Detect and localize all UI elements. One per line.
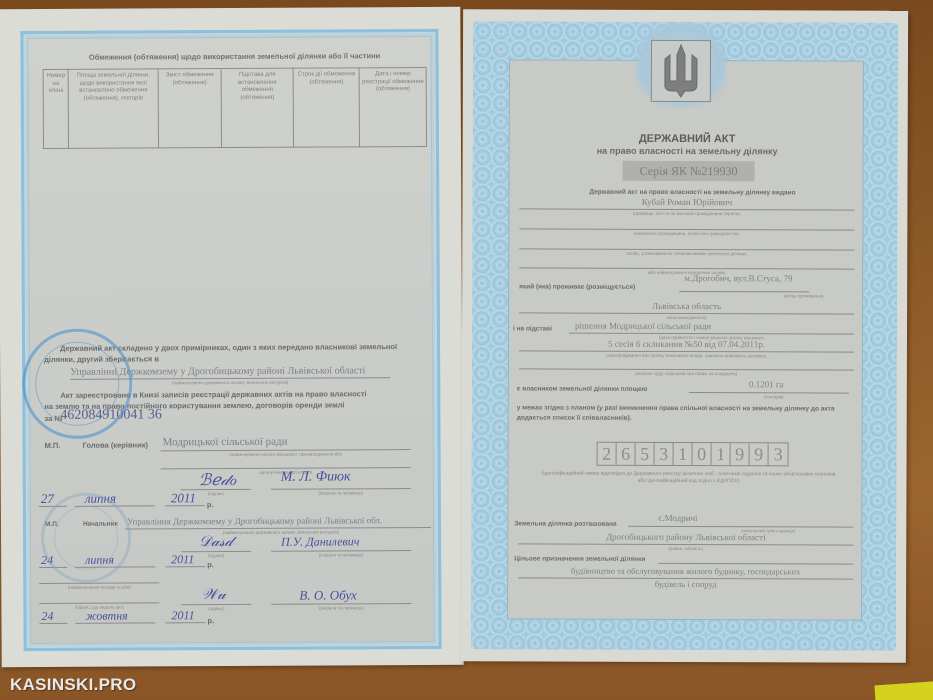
owner-address: м.Дрогобич, вул.В.Стуса, 79: [684, 273, 792, 283]
foreign-caption: іноземного громадянина, особи без громад…: [519, 230, 854, 236]
column-header: Площа земельної ділянки, щодо використан…: [68, 69, 158, 148]
date1-day: 27: [41, 491, 54, 507]
serial-number: Серія ЯК №219930: [623, 161, 755, 181]
purpose-label: Цільове призначення земельної ділянки: [514, 555, 645, 562]
front-page-body: ДЕРЖАВНИЙ АКТ на право власності на земе…: [507, 59, 864, 620]
name-caption: (ініціали та прізвище): [271, 490, 411, 496]
tax-id-boxes: 2653101993: [597, 442, 789, 467]
tax-id-caption: (ідентифікаційний номер відповідно до Де…: [538, 470, 838, 485]
tax-id-digit: 9: [750, 443, 769, 465]
tax-id-digit: 5: [636, 443, 655, 465]
table-header-row: Номер на плані Площа земельної ділянки, …: [43, 67, 426, 148]
owner-region: Львівська область: [509, 300, 864, 311]
trident-emblem-icon: [651, 40, 711, 102]
basis-caption-2: самоврядування або органу виконавчої вла…: [519, 352, 854, 358]
location-label: Земельна ділянка розташована: [514, 520, 616, 527]
plot-area: 0.1201 га: [749, 379, 784, 389]
restrictions-title: Обмеження (обтяження) щодо використання …: [55, 51, 415, 62]
issuer-signatory-name: В. О. Обух: [299, 587, 357, 603]
chief-signature: 𝒟𝒶𝓈𝒹: [199, 533, 232, 551]
restrictions-table: Номер на плані Площа земельної ділянки, …: [43, 67, 427, 149]
address-caption: (місце проживання,: [759, 293, 849, 298]
chief-organization: Управління Держкомзему у Дрогобицькому р…: [127, 515, 382, 526]
area-caption: (гектарів): [749, 394, 799, 399]
village-council-stamp: [22, 329, 133, 440]
tax-id-digit: 3: [655, 443, 674, 465]
area-label: є власником земельної ділянки площею: [517, 385, 647, 392]
column-header: Дата і номер реєстрації обмеження (обтяж…: [360, 67, 427, 146]
basis-caption-3: рішення суду, свідоцтва про право на спа…: [519, 370, 854, 376]
date1-year: 2011: [171, 490, 196, 506]
basis-label: і на підставі: [513, 325, 552, 332]
tax-id-digit: 3: [769, 443, 788, 465]
document-back-page: Обмеження (обтяження) щодо використання …: [0, 7, 464, 667]
tax-id-digit: 0: [693, 443, 712, 465]
date3-day: 24: [41, 609, 53, 624]
seal-label: М.П.: [45, 441, 61, 450]
column-header: Номер на плані: [43, 69, 69, 148]
land-agency-stamp: [41, 493, 131, 583]
date3-suffix: р.: [207, 616, 214, 625]
head-signature: ℬℯ𝒹ℴ: [199, 470, 237, 490]
column-header: Підстава для встановлення обмеження (обт…: [221, 68, 293, 147]
tax-id-digit: 1: [712, 443, 731, 465]
issuer-signature: 𝒲𝓊: [201, 586, 225, 604]
owner-name: Кубай Роман Юрійович: [509, 196, 864, 207]
date3-year: 2011: [171, 608, 194, 623]
tax-id-digit: 1: [674, 443, 693, 465]
basis-decision: рішення Модрицької сільської ради: [575, 321, 711, 331]
column-header: Зміст обмеження (обтяження): [158, 69, 222, 148]
watermark-label: KASINSKI.PRO: [10, 675, 136, 695]
tax-id-digit: 9: [731, 443, 750, 465]
document-title: ДЕРЖАВНИЙ АКТ: [510, 132, 865, 145]
document-front-page: ДЕРЖАВНИЙ АКТ на право власності на земе…: [461, 9, 908, 663]
basis-session: 5 сесія 6 скликання №50 від 07.04.2011р.: [509, 338, 864, 349]
head-label: Голова (керівник): [83, 440, 148, 449]
tax-id-digit: 2: [598, 443, 617, 465]
head-organization: Модрицької сільської ради: [163, 436, 288, 449]
issued-to-label: Державний акт на право власності на земе…: [527, 188, 857, 196]
date2-year: 2011: [171, 552, 194, 567]
column-header: Строк дії обмеження (обтяження): [293, 68, 360, 147]
name-caption-2: (ініціали та прізвище): [271, 552, 411, 558]
tax-id-digit: 6: [617, 443, 636, 465]
resides-label: який (яка) проживає (розміщується): [519, 283, 635, 290]
emblem-area: [635, 22, 727, 108]
name-caption-3: (ініціали та прізвище): [271, 605, 411, 611]
date1-suffix: р.: [207, 500, 214, 509]
owner-caption: (прізвище, ім'я та по батькові громадяни…: [519, 210, 854, 216]
district-caption: (район, область): [518, 545, 853, 551]
region-caption: місцезнаходження): [519, 314, 854, 320]
date2-suffix: р.: [207, 560, 214, 569]
plot-district: Дрогобицького району Львівської області: [508, 531, 863, 542]
plot-purpose: будівництво та обслуговування жилого буд…: [508, 565, 863, 576]
head-signatory-name: М. Л. Фиюк: [281, 469, 351, 485]
plan-text: у межах згідно з планом (у разі виникнен…: [517, 403, 857, 424]
chief-signatory-name: П.У. Данилевич: [281, 534, 359, 549]
plot-location: с.Модричі: [658, 513, 697, 523]
position-caption: (найменування посади особи): [39, 584, 159, 590]
head-org-caption: (найменування органу місцевого самовряду…: [161, 451, 411, 457]
co-owner-caption: особи, уповноваженої співвласниками земе…: [519, 250, 854, 256]
plot-purpose-2: будівель і споруд: [508, 578, 863, 589]
document-subtitle: на право власності на земельну ділянку: [510, 145, 865, 156]
serial-box: Серія ЯК №219930: [623, 161, 755, 181]
date3-month: жовтня: [85, 609, 127, 624]
